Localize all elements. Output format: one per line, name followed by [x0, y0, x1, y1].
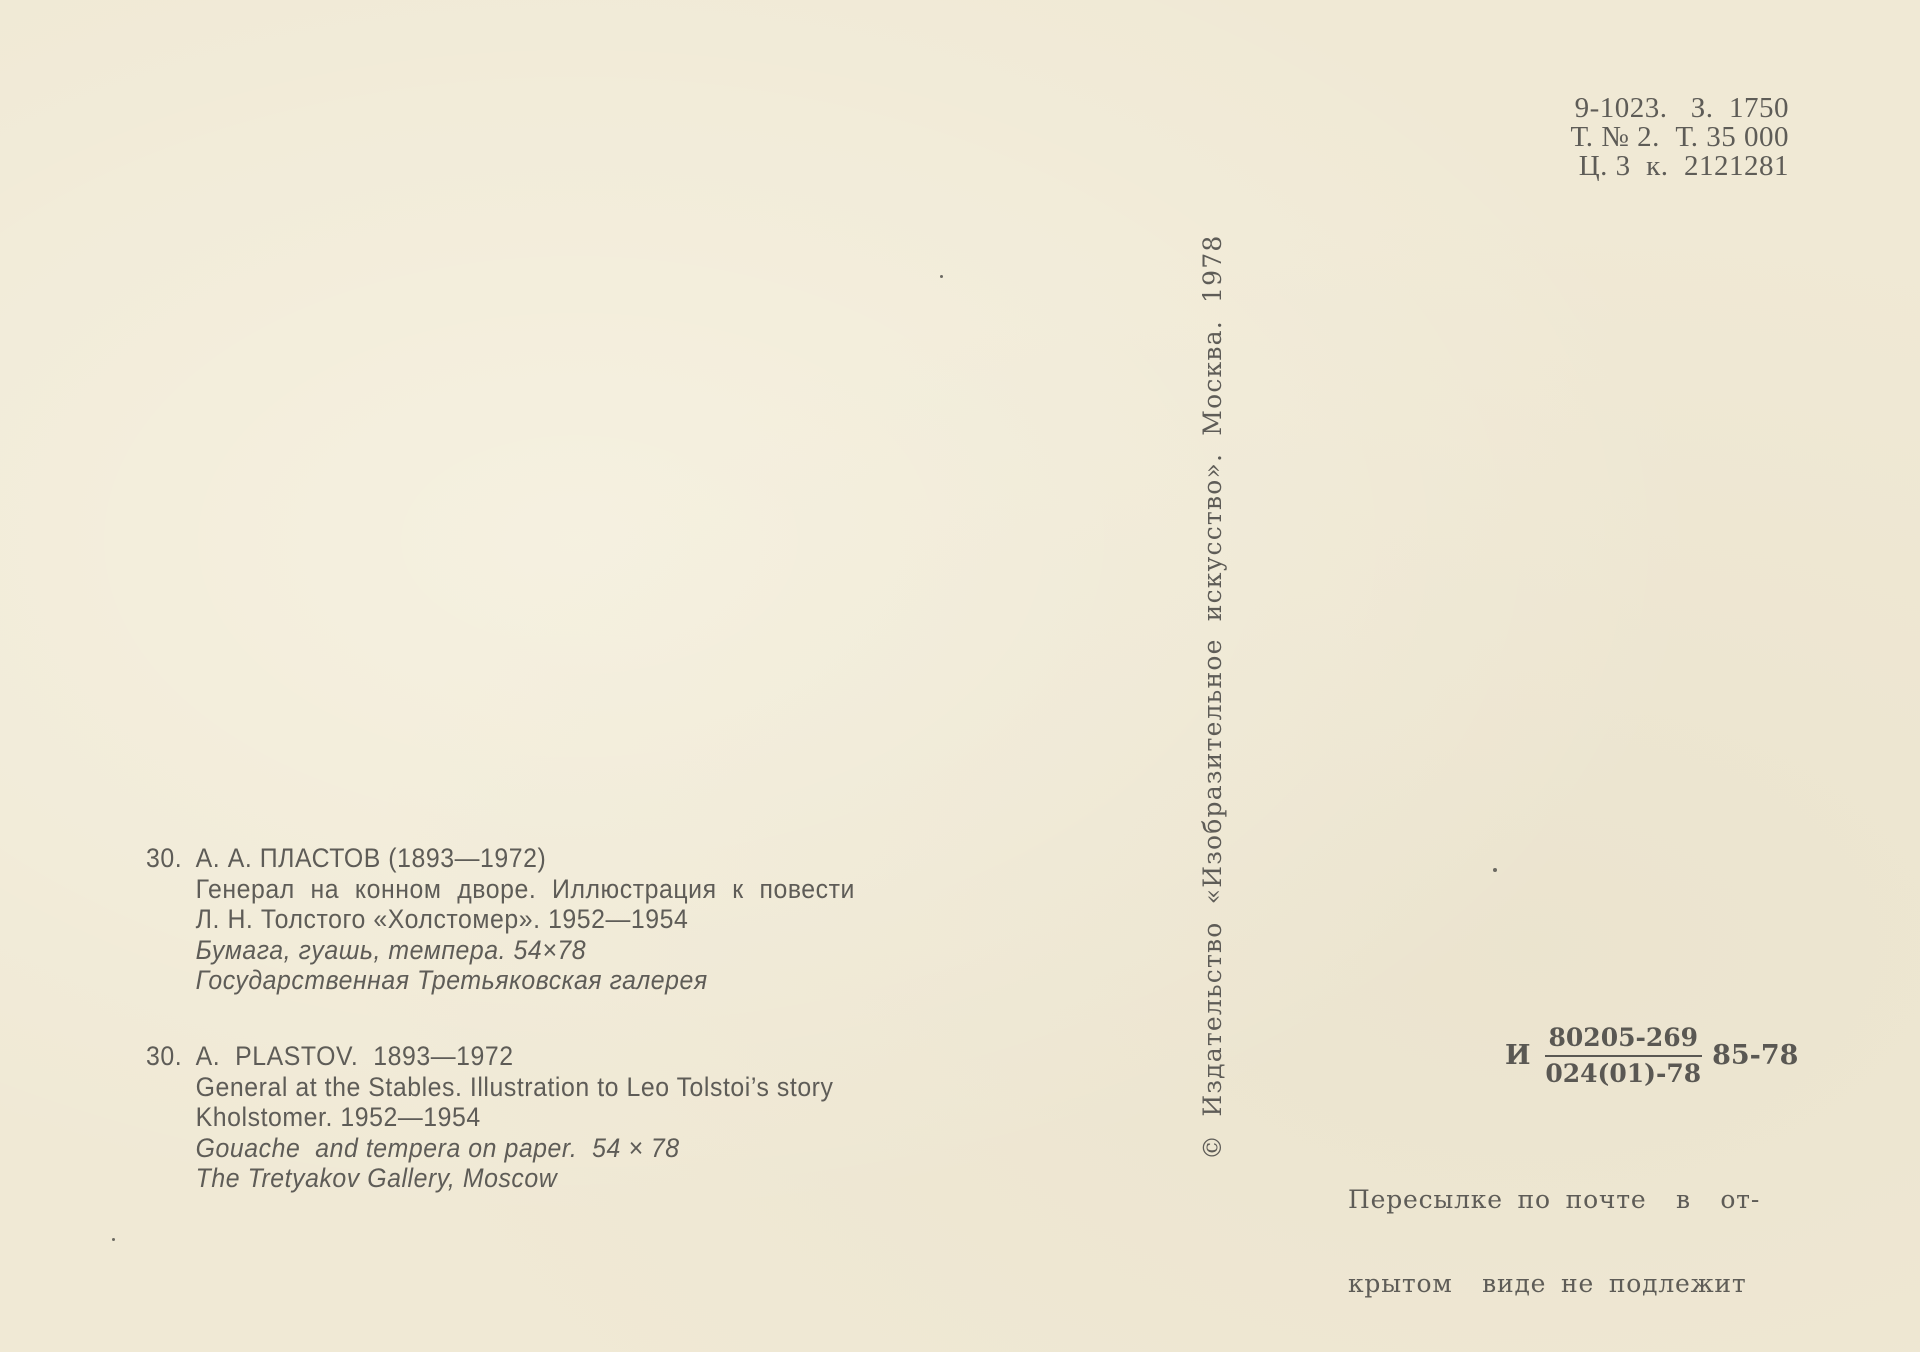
artwork-title: Генерал на конном дворе. Иллюстрация к п…	[146, 874, 855, 905]
caption-english: 30. A. PLASTOV. 1893—1972 General at the…	[146, 1041, 833, 1194]
index-suffix: 85-78	[1712, 1040, 1798, 1071]
postal-line: крытом виде не подлежит	[1348, 1270, 1760, 1298]
index-denominator: 024(01)-78	[1545, 1057, 1701, 1088]
index-numerator: 80205-269	[1545, 1023, 1703, 1055]
artwork-medium: Gouache and tempera on paper. 54 × 78	[146, 1133, 833, 1164]
index-code: И 80205-269 024(01)-78 85-78	[1505, 1023, 1798, 1088]
index-letter: И	[1505, 1040, 1531, 1071]
artwork-title-cont: Л. Н. Толстого «Холстомер». 1952—1954	[146, 904, 855, 935]
imprint-line: 9-1023. З. 1750	[1570, 94, 1789, 123]
caption-number: 30.	[146, 1041, 196, 1072]
postal-notice: Пересылке по почте в от- крытом виде не …	[1348, 1130, 1760, 1352]
artist-name: A. PLASTOV. 1893—1972	[196, 1041, 514, 1072]
artwork-collection: Государственная Третьяковская галерея	[146, 965, 855, 996]
artist-name: А. А. ПЛАСТОВ (1893—1972)	[196, 843, 547, 874]
artwork-title-cont: Kholstomer. 1952—1954	[146, 1102, 833, 1133]
artwork-title: General at the Stables. Illustration to …	[146, 1072, 833, 1103]
artwork-medium: Бумага, гуашь, темпера. 54×78	[146, 935, 855, 966]
paper-speck	[112, 1238, 115, 1241]
caption-russian: 30. А. А. ПЛАСТОВ (1893—1972) Генерал на…	[146, 843, 855, 996]
paper-speck	[1493, 868, 1497, 872]
index-fraction: 80205-269 024(01)-78	[1545, 1023, 1703, 1088]
postal-line: Пересылке по почте в от-	[1348, 1186, 1760, 1214]
imprint-line: Т. № 2. Т. 35 000	[1570, 123, 1789, 152]
paper-speck	[940, 275, 943, 278]
artwork-collection: The Tretyakov Gallery, Moscow	[146, 1163, 833, 1194]
print-imprint: 9-1023. З. 1750 Т. № 2. Т. 35 000 Ц. 3 к…	[1570, 94, 1789, 181]
caption-number: 30.	[146, 843, 196, 874]
postcard-back: 9-1023. З. 1750 Т. № 2. Т. 35 000 Ц. 3 к…	[0, 0, 1920, 1352]
imprint-line: Ц. 3 к. 2121281	[1570, 152, 1789, 181]
publisher-credit: © Издательство «Изобразительное искусств…	[1198, 235, 1228, 1160]
